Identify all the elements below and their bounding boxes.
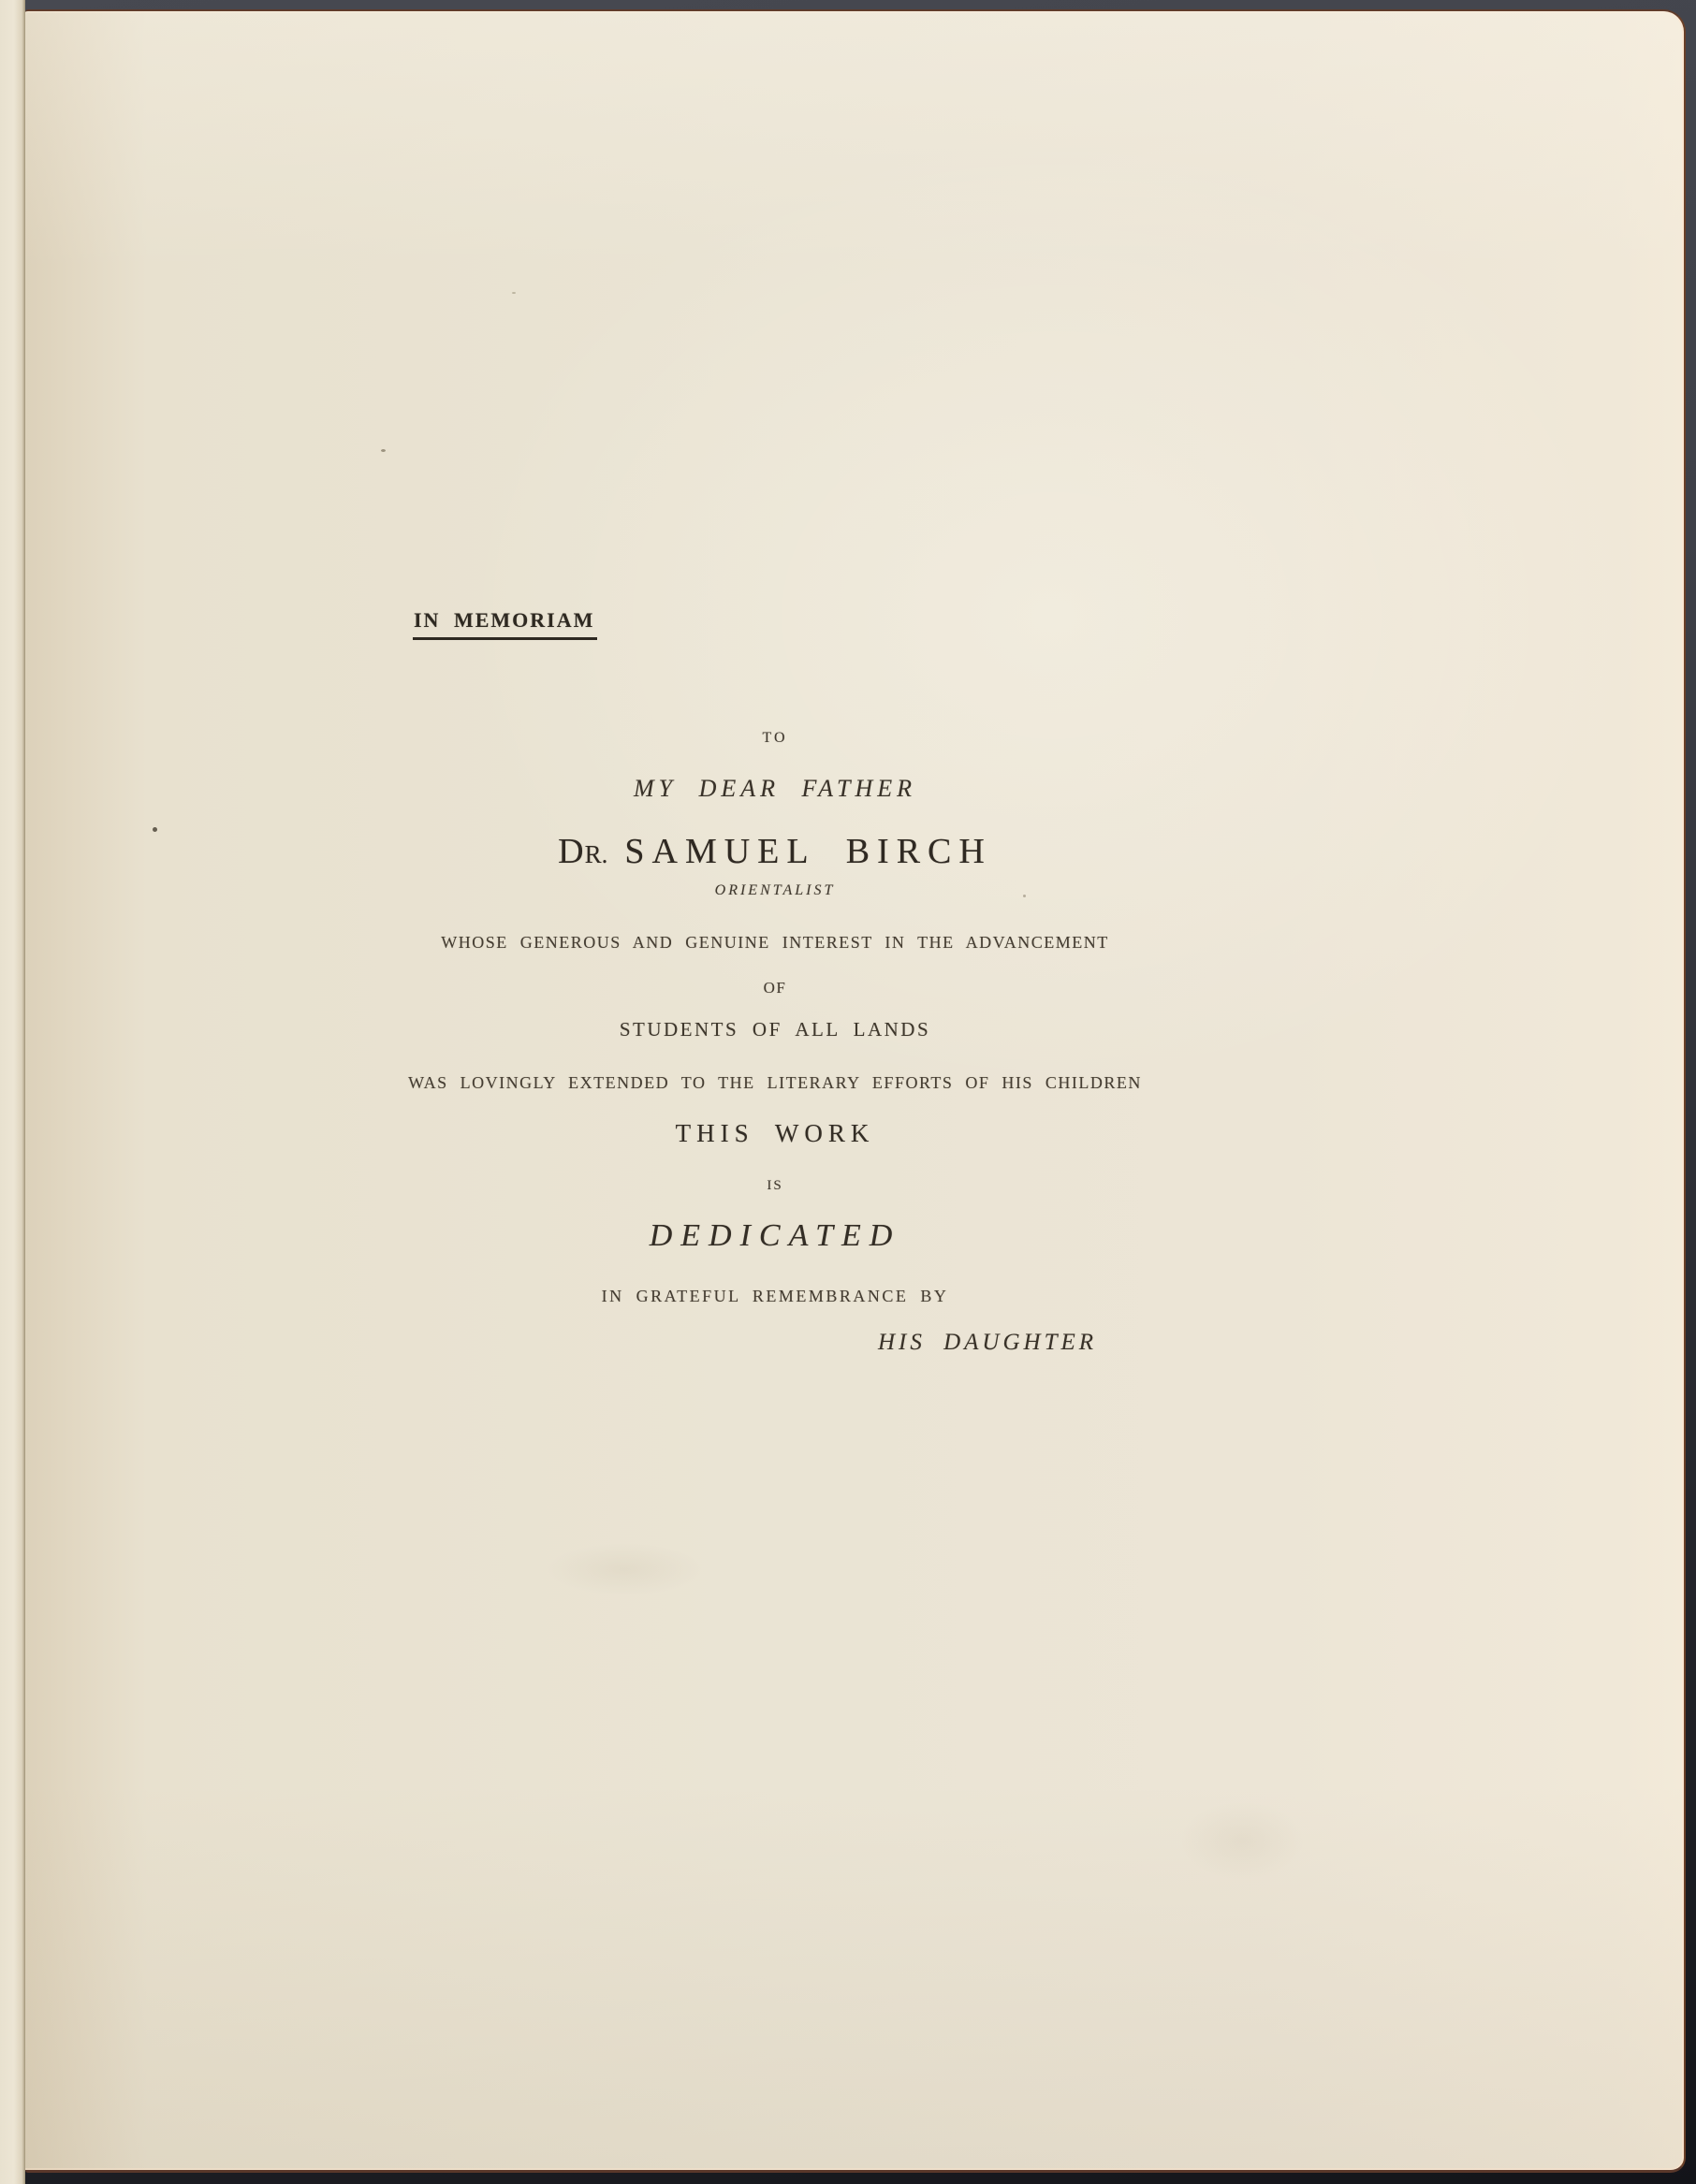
dedication-line-interest: WHOSE GENEROUS AND GENUINE INTEREST IN T… <box>441 934 1108 951</box>
dedication-line-this-work: THIS WORK <box>676 1121 875 1146</box>
dedication-line-remembrance: IN GRATEFUL REMEMBRANCE BY <box>602 1288 949 1304</box>
book-scan: IN MEMORIAM TO MY DEAR FATHER DR.SAMUEL … <box>0 0 1696 2184</box>
dedication-line-father: MY DEAR FATHER <box>634 777 916 801</box>
dedication-line-of: OF <box>764 980 787 996</box>
dedication-name: DR.SAMUEL BIRCH <box>558 834 992 869</box>
dedication-line-students: STUDENTS OF ALL LANDS <box>620 1020 930 1040</box>
dedication-line-to: TO <box>762 731 787 746</box>
dedication-page: IN MEMORIAM TO MY DEAR FATHER DR.SAMUEL … <box>25 9 1686 2173</box>
name-full: SAMUEL BIRCH <box>624 832 991 871</box>
name-abbrev: R. <box>585 840 608 868</box>
paper-speck <box>1023 895 1026 897</box>
paper-speck <box>512 292 516 294</box>
dedication-role: ORIENTALIST <box>715 883 836 898</box>
facing-page-edge <box>0 0 25 2184</box>
dedication-line-daughter: HIS DAUGHTER <box>878 1331 1097 1354</box>
paper-speck <box>381 449 386 452</box>
dedication-line-extended: WAS LOVINGLY EXTENDED TO THE LITERARY EF… <box>408 1074 1142 1091</box>
name-initial: D <box>558 832 584 871</box>
dedication-line-dedicated: DEDICATED <box>650 1220 901 1252</box>
paper-speck <box>153 827 157 832</box>
memoriam-heading: IN MEMORIAM <box>413 610 597 640</box>
dedication-line-is: IS <box>767 1179 782 1193</box>
